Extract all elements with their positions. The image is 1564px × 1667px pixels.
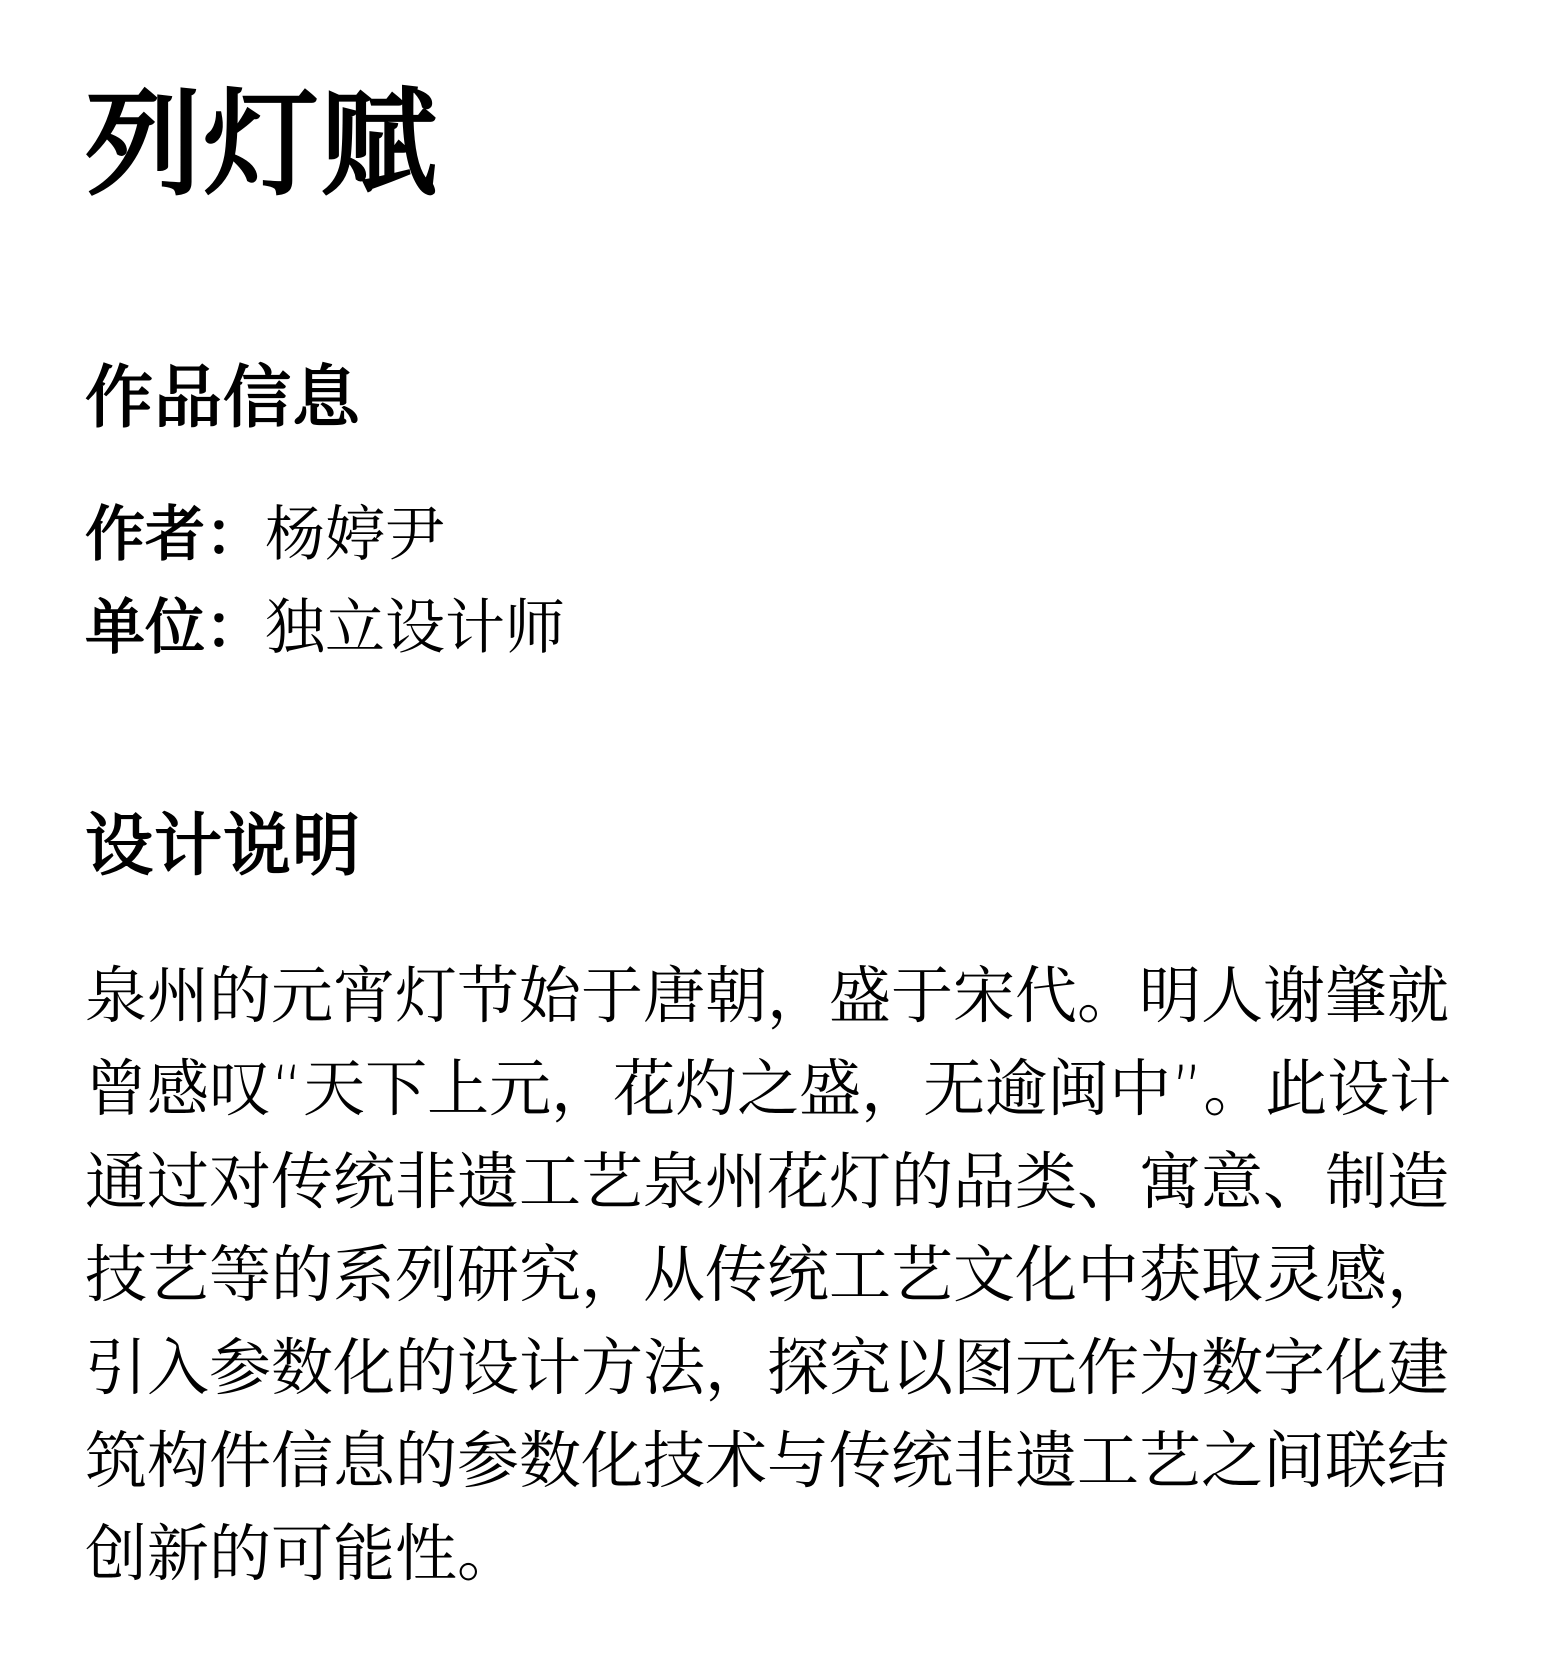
affiliation-row: 单位：独立设计师 [85,582,1480,675]
article-page: 列灯赋 作品信息 作者：杨婷尹 单位：独立设计师 设计说明 泉州的元宵灯节始于唐… [0,0,1564,1667]
author-row: 作者：杨婷尹 [85,489,1480,582]
section-heading-design-notes: 设计说明 [85,803,1480,891]
affiliation-label: 单位： [85,593,265,663]
design-description: 泉州的元宵灯节始于唐朝，盛于宋代。明人谢肇就曾感叹“天下上元，花灼之盛，无逾闽中… [85,949,1480,1600]
page-title: 列灯赋 [85,70,1480,221]
author-value: 杨婷尹 [265,500,445,570]
author-label: 作者： [85,500,265,570]
section-heading-work-info: 作品信息 [85,355,1480,443]
affiliation-value: 独立设计师 [265,593,565,663]
